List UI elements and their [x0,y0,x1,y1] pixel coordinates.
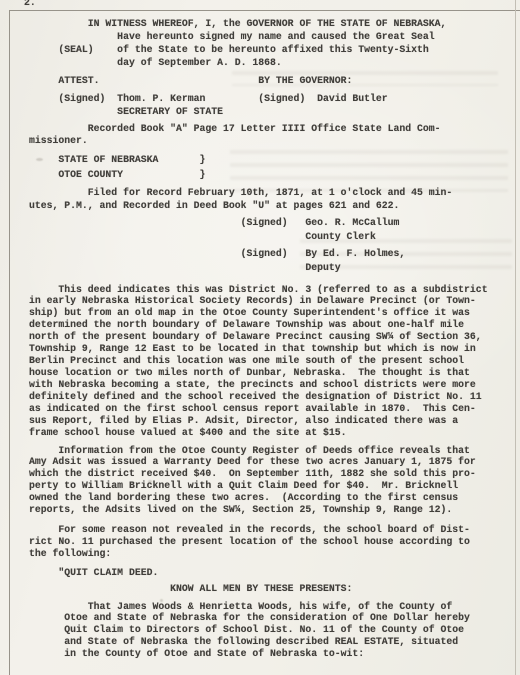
know-all-men-heading: KNOW ALL MEN BY THESE PRESENTS: [29,583,352,596]
paragraph-purchase: For some reason not revealed in the reco… [29,524,470,561]
paragraph-quitclaim-grant: That James Woods & Henrietta Woods, his … [29,601,470,661]
signature-county-clerk: (Signed) Geo. R. McCallum County Clerk [29,216,399,243]
witness-clause: IN WITNESS WHEREOF, I, the GOVERNOR OF T… [29,18,446,70]
filed-for-record-note: Filed for Record February 10th, 1871, at… [29,186,452,212]
quit-claim-deed-heading: "QUIT CLAIM DEED. [29,567,158,580]
signature-secretary-of-state: (Signed) Thom. P. Kerman (Signed) David … [29,92,388,118]
page-number: 2. [24,0,36,9]
paragraph-district-history: This deed indicates this was District No… [29,284,488,439]
page-edge-left-line [9,10,10,675]
scanned-document-page: 2. IN WITNESS WHEREOF, I, the GOVERNOR O… [0,0,520,675]
paragraph-register-of-deeds: Information from the Otoe County Registe… [29,445,476,517]
signature-deputy: (Signed) By Ed. F. Holmes, Deputy [29,247,405,274]
attest-governor-line: ATTEST. BY THE GOVERNOR: [29,74,352,87]
page-edge-right-line [515,0,516,675]
recorded-book-note: Recorded Book "A" Page 17 Letter IIII Of… [29,123,441,148]
page-edge-top-line [9,10,520,11]
state-county-caption: STATE OF NEBRASKA } OTOE COUNTY } [29,152,205,182]
